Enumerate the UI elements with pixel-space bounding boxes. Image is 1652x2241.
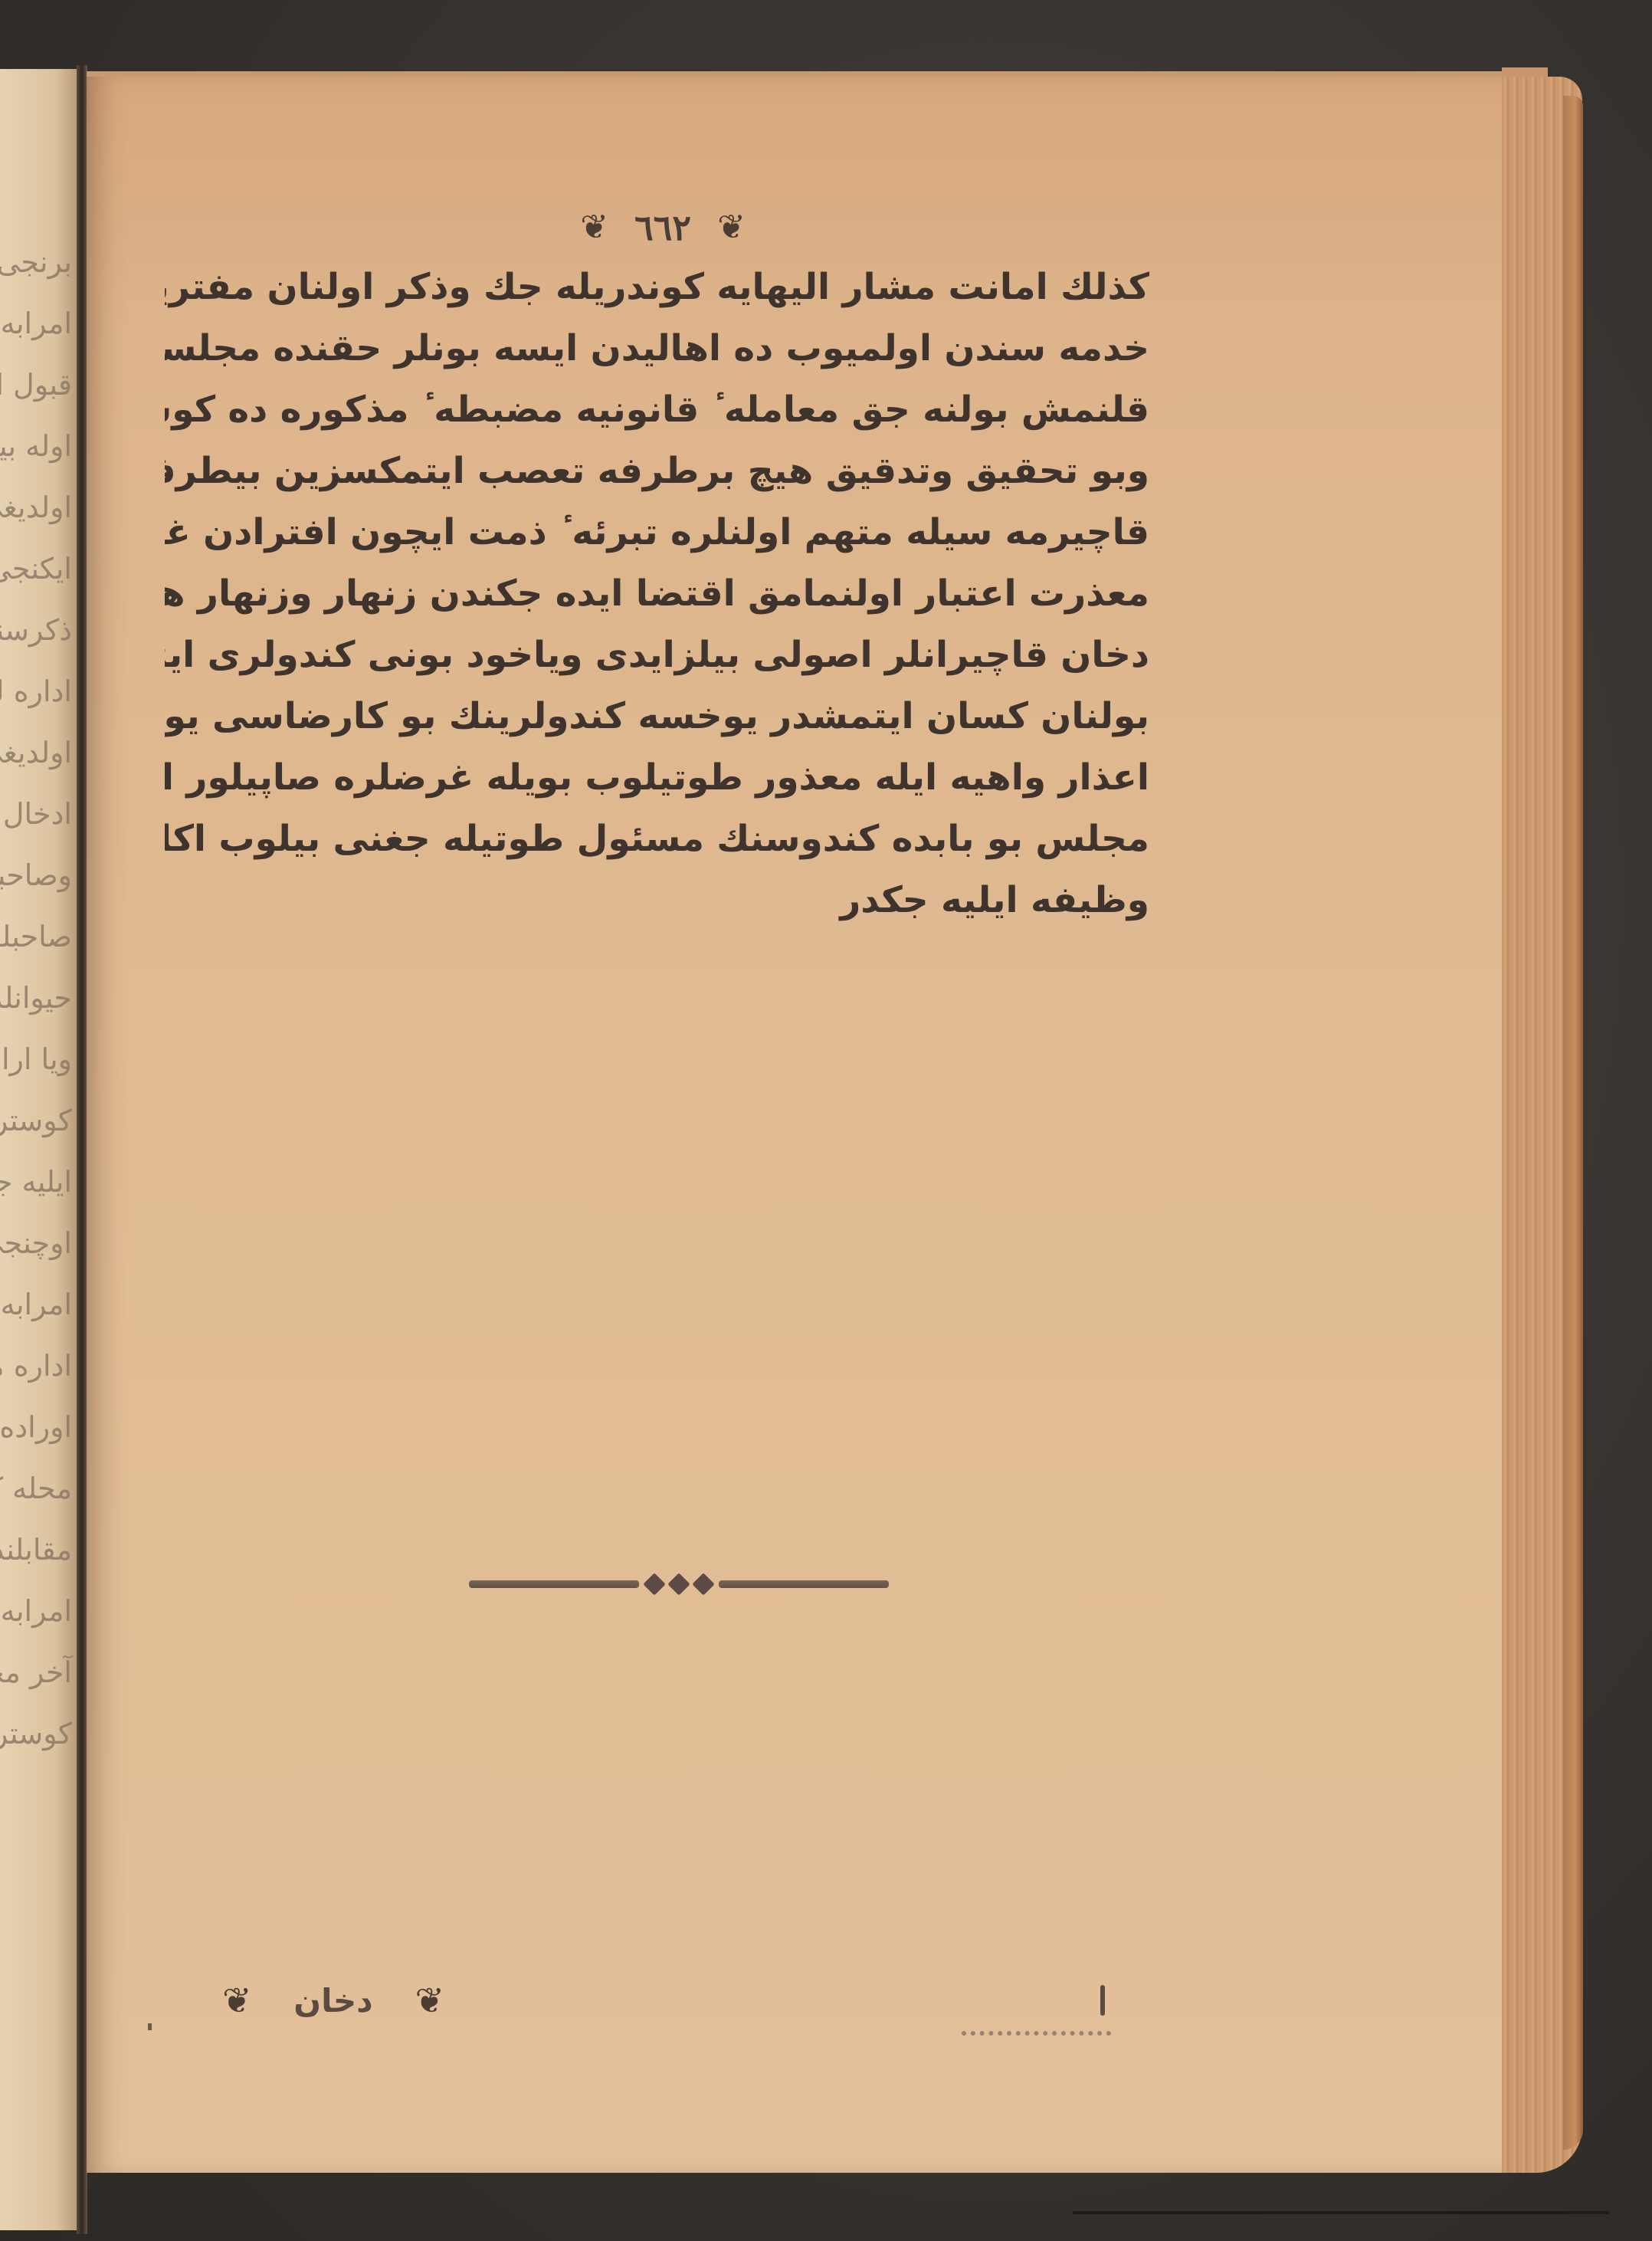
- left-page-fragment: اداره لره: [0, 674, 72, 708]
- text-line: قلنمش بولنه جق معامله ٔ قانونيه مضبطه ٔ …: [165, 379, 1149, 441]
- left-page-fragment: حيوانلرى: [0, 981, 72, 1015]
- section-divider: [469, 1573, 889, 1596]
- margin-mark: [148, 2023, 152, 2030]
- text-line: خدمه سندن اولميوب ده اهاليدن ايسه بونلر …: [165, 318, 1149, 379]
- text-line: معذرت اعتبار اولنمامق اقتضا ايده جكندن ز…: [165, 563, 1149, 625]
- signature-mark-tick: [1100, 1985, 1105, 2016]
- left-page-fragment: ذكرسنده: [0, 613, 72, 647]
- text-line: دخان قاچيرانلر اصولى بيلزايدى وياخود بون…: [165, 625, 1149, 686]
- left-page-fragment: مقابلنده: [0, 1533, 72, 1567]
- divider-bar-right: [719, 1580, 889, 1588]
- left-page-fragment: اداره موقت: [0, 1349, 72, 1383]
- footer-catchword: ❦ دخان ❦: [222, 1966, 444, 2035]
- ornament-right-icon: ❦: [717, 211, 746, 244]
- text-line: اعذار واهيه ايله معذور طوتيلوب بويله غرض…: [165, 747, 1149, 809]
- left-page-fragment: امرابه: [0, 1594, 72, 1628]
- shadow-line: [1073, 2211, 1609, 2214]
- book-cover-edge: [1563, 96, 1583, 2150]
- text-line: قاچيرمه سيله متهم اولنلره تبرئه ٔ ذمت اي…: [165, 502, 1149, 563]
- text-line: وظيفه ايليه جكدر: [165, 870, 1149, 931]
- catchword: دخان: [293, 1982, 372, 2020]
- text-line: كذلك امانت مشار اليهايه كوندريله جك وذكر…: [165, 257, 1149, 318]
- adjacent-left-page: برنجى مادهامرابهقبول ايتمكاوله بيلهاولدي…: [0, 69, 78, 2230]
- left-page-fragment: ايكنجى ماده: [0, 552, 72, 586]
- left-page-fragment: برنجى ماده: [0, 245, 72, 279]
- left-page-fragment: آخر محله: [0, 1655, 72, 1689]
- body-text: كذلك امانت مشار اليهايه كوندريله جك وذكر…: [165, 257, 1149, 931]
- left-page-fragment: امرابه: [0, 307, 72, 340]
- left-page-fragment: اوچنجى ماده: [0, 1226, 72, 1260]
- left-page-fragment: كوستريله: [0, 1717, 72, 1750]
- left-page-fragment: اوله بيله: [0, 429, 72, 463]
- left-page-fragment: ويا اراوله: [0, 1042, 72, 1076]
- signature-mark: [962, 1989, 1111, 2036]
- left-page-fragment: ايليه جكدر: [0, 1165, 72, 1199]
- ornament-left-icon: ❦: [222, 1983, 252, 2018]
- page-header: ❦ ٦٦٢ ❦: [536, 201, 789, 254]
- left-page-fragment: اولديغى: [0, 491, 72, 524]
- divider-bar-left: [469, 1580, 639, 1588]
- divider-diamonds-icon: [642, 1574, 716, 1594]
- left-page-fragment: محله كوتور: [0, 1472, 72, 1505]
- left-page-fragment: امرابه: [0, 1288, 72, 1321]
- left-page-fragment: كوستريله: [0, 1104, 72, 1137]
- text-line: بولنان كسان ايتمشدر يوخسه كندولرينك بو ك…: [165, 686, 1149, 747]
- ornament-left-icon: ❦: [580, 211, 608, 244]
- book-gutter: [77, 65, 87, 2234]
- left-page-fragment: صاحبلرى: [0, 920, 72, 953]
- left-page-fragment: قبول ايتمك: [0, 368, 72, 402]
- left-page-fragment: وصاحبلرى: [0, 858, 72, 892]
- left-page-fragment: اوراده صو: [0, 1410, 72, 1444]
- left-page-fragment: ادخال: [0, 797, 72, 831]
- page-number: ٦٦٢: [634, 207, 691, 248]
- text-line: مجلس بو بابده كندوسنك مسئول طوتيله جغنى …: [165, 809, 1149, 870]
- text-line: وبو تحقيق وتدقيق هيچ برطرفه تعصب ايتمكسز…: [165, 441, 1149, 502]
- left-page-fragment: اولديغى: [0, 736, 72, 769]
- ornament-right-icon: ❦: [415, 1983, 444, 2018]
